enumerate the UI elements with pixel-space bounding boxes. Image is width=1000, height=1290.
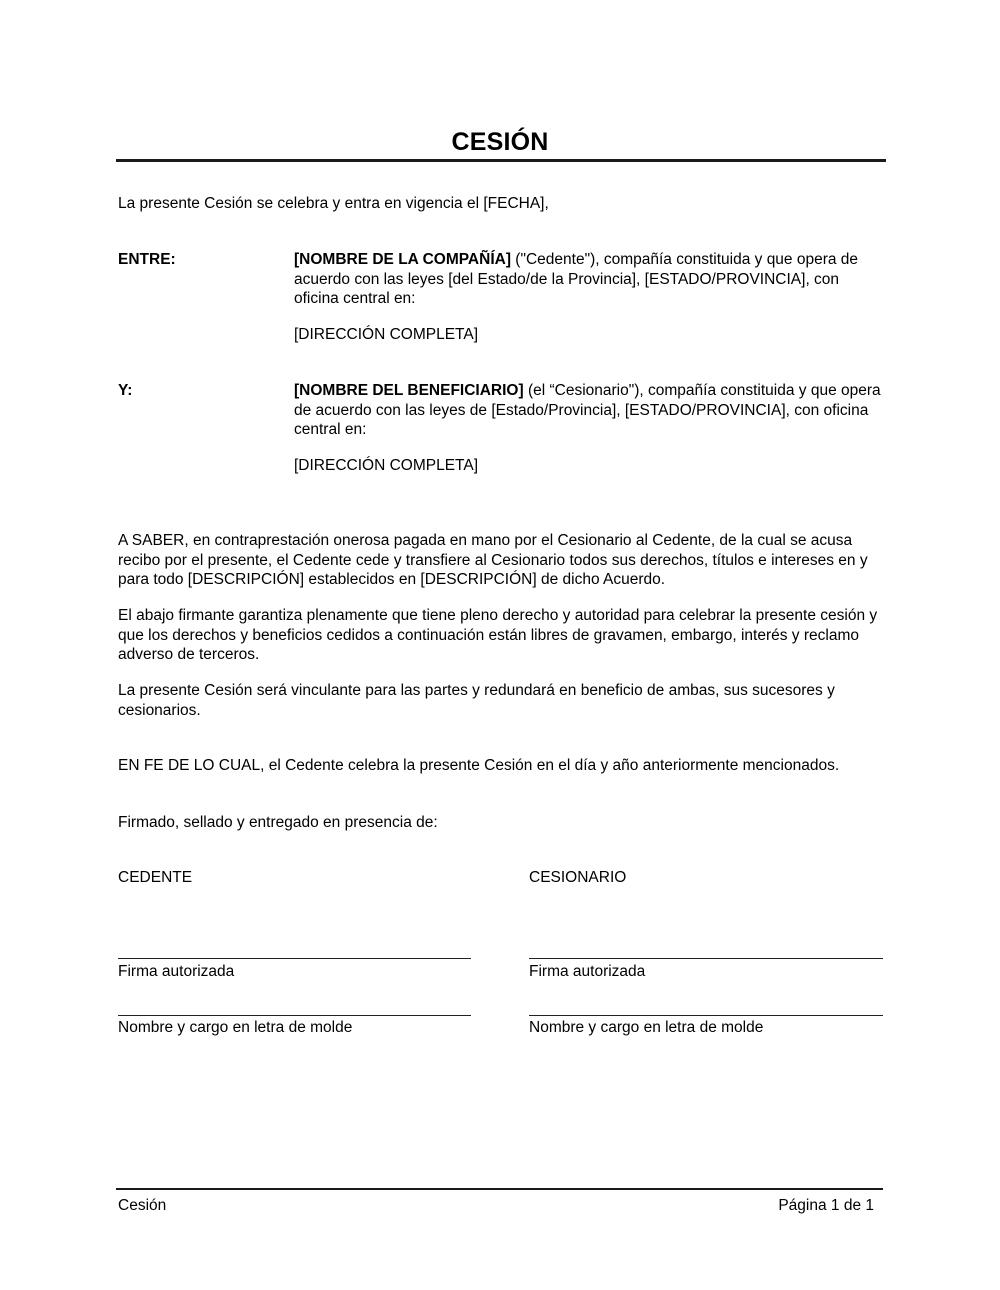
party-address-cedente: [DIRECCIÓN COMPLETA] — [294, 325, 478, 345]
paragraph-warranty: El abajo firmante garantiza plenamente q… — [118, 606, 888, 665]
title-divider — [116, 159, 886, 162]
intro-paragraph: La presente Cesión se celebra y entra en… — [118, 194, 549, 214]
paragraph-binding: La presente Cesión será vinculante para … — [118, 681, 888, 720]
name-line-cesionario — [529, 1015, 883, 1016]
signature-caption-cedente: Firma autorizada — [118, 962, 234, 982]
signature-caption-cesionario: Firma autorizada — [529, 962, 645, 982]
paragraph-consideration: A SABER, en contraprestación onerosa pag… — [118, 531, 888, 590]
party-address-cesionario: [DIRECCIÓN COMPLETA] — [294, 456, 478, 476]
signature-line-cesionario — [529, 958, 883, 959]
name-caption-cesionario: Nombre y cargo en letra de molde — [529, 1018, 763, 1038]
footer-document-name: Cesión — [118, 1196, 166, 1216]
name-caption-cedente: Nombre y cargo en letra de molde — [118, 1018, 352, 1038]
party-description-cedente: [NOMBRE DE LA COMPAÑÍA] ("Cedente"), com… — [294, 250, 884, 309]
party-name-cedente: [NOMBRE DE LA COMPAÑÍA] — [294, 251, 511, 268]
party-label-cesionario: Y: — [118, 381, 132, 401]
party-label-cedente: ENTRE: — [118, 250, 176, 270]
signature-heading-cesionario: CESIONARIO — [529, 868, 626, 888]
document-title: CESIÓN — [0, 128, 1000, 157]
name-line-cedente — [118, 1015, 471, 1016]
signature-heading-cedente: CEDENTE — [118, 868, 192, 888]
paragraph-signed-in-presence: Firmado, sellado y entregado en presenci… — [118, 813, 438, 833]
signature-line-cedente — [118, 958, 471, 959]
footer-divider — [116, 1188, 883, 1190]
party-description-cesionario: [NOMBRE DEL BENEFICIARIO] (el “Cesionari… — [294, 381, 884, 440]
party-name-cesionario: [NOMBRE DEL BENEFICIARIO] — [294, 382, 524, 399]
paragraph-witness: EN FE DE LO CUAL, el Cedente celebra la … — [118, 756, 898, 776]
footer-page-number: Página 1 de 1 — [778, 1196, 874, 1216]
